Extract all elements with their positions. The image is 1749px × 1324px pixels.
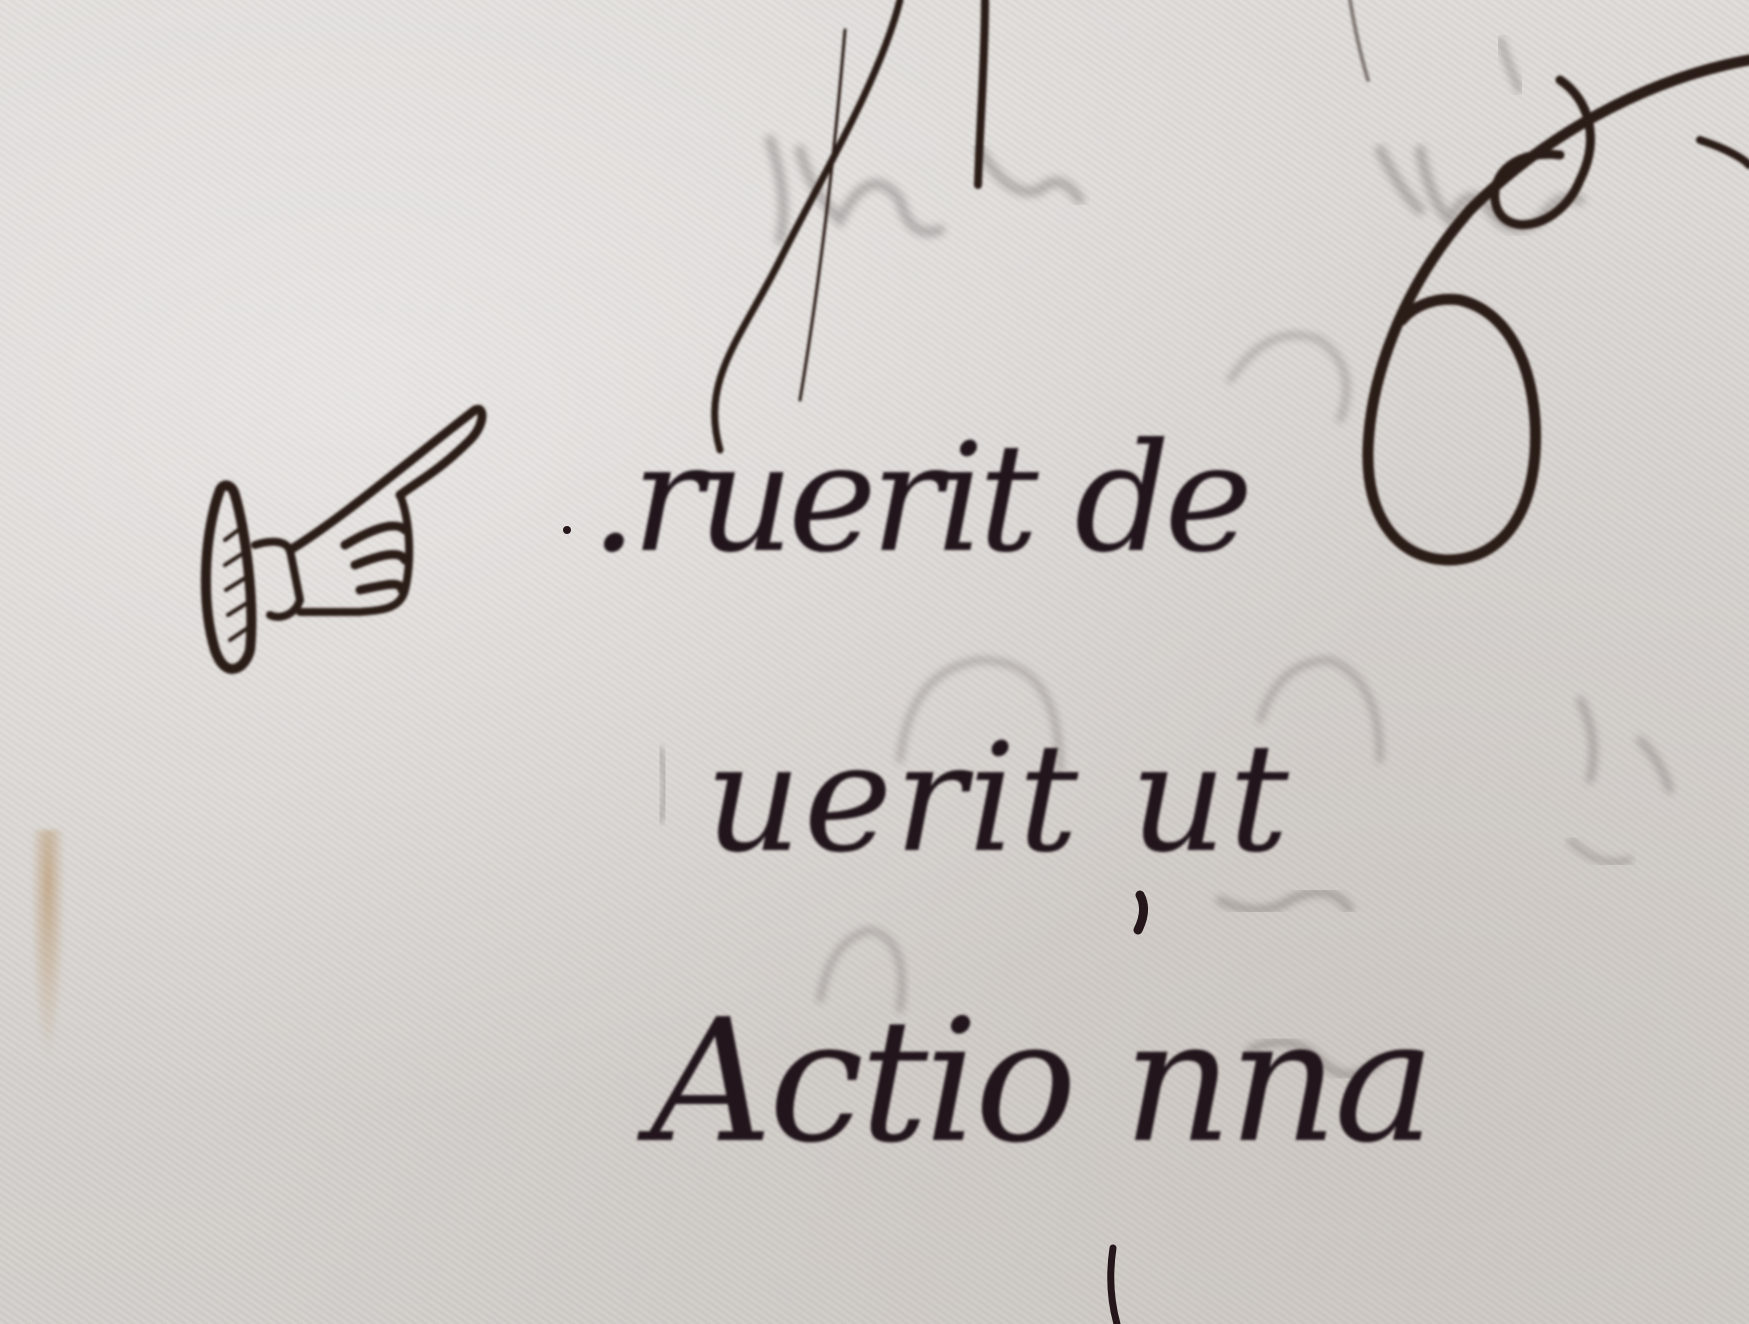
- flourished-initial: [1368, 60, 1749, 560]
- line-3-text: Actio nna: [637, 983, 1431, 1181]
- line-2-text: uerit ut: [705, 712, 1291, 886]
- apostrophe-mark: [1138, 895, 1144, 930]
- descender-stroke: [1111, 1248, 1117, 1324]
- line-1-dot: [563, 526, 571, 534]
- ascender-flourish: [715, 0, 1368, 450]
- manuscript-text: .ruerit de uerit ut Actio nna: [563, 412, 1431, 1324]
- line-1-text: .ruerit de: [590, 412, 1247, 586]
- manuscript-ink-layer: .ruerit de uerit ut Actio nna: [0, 0, 1749, 1324]
- manicule-icon: [206, 409, 482, 669]
